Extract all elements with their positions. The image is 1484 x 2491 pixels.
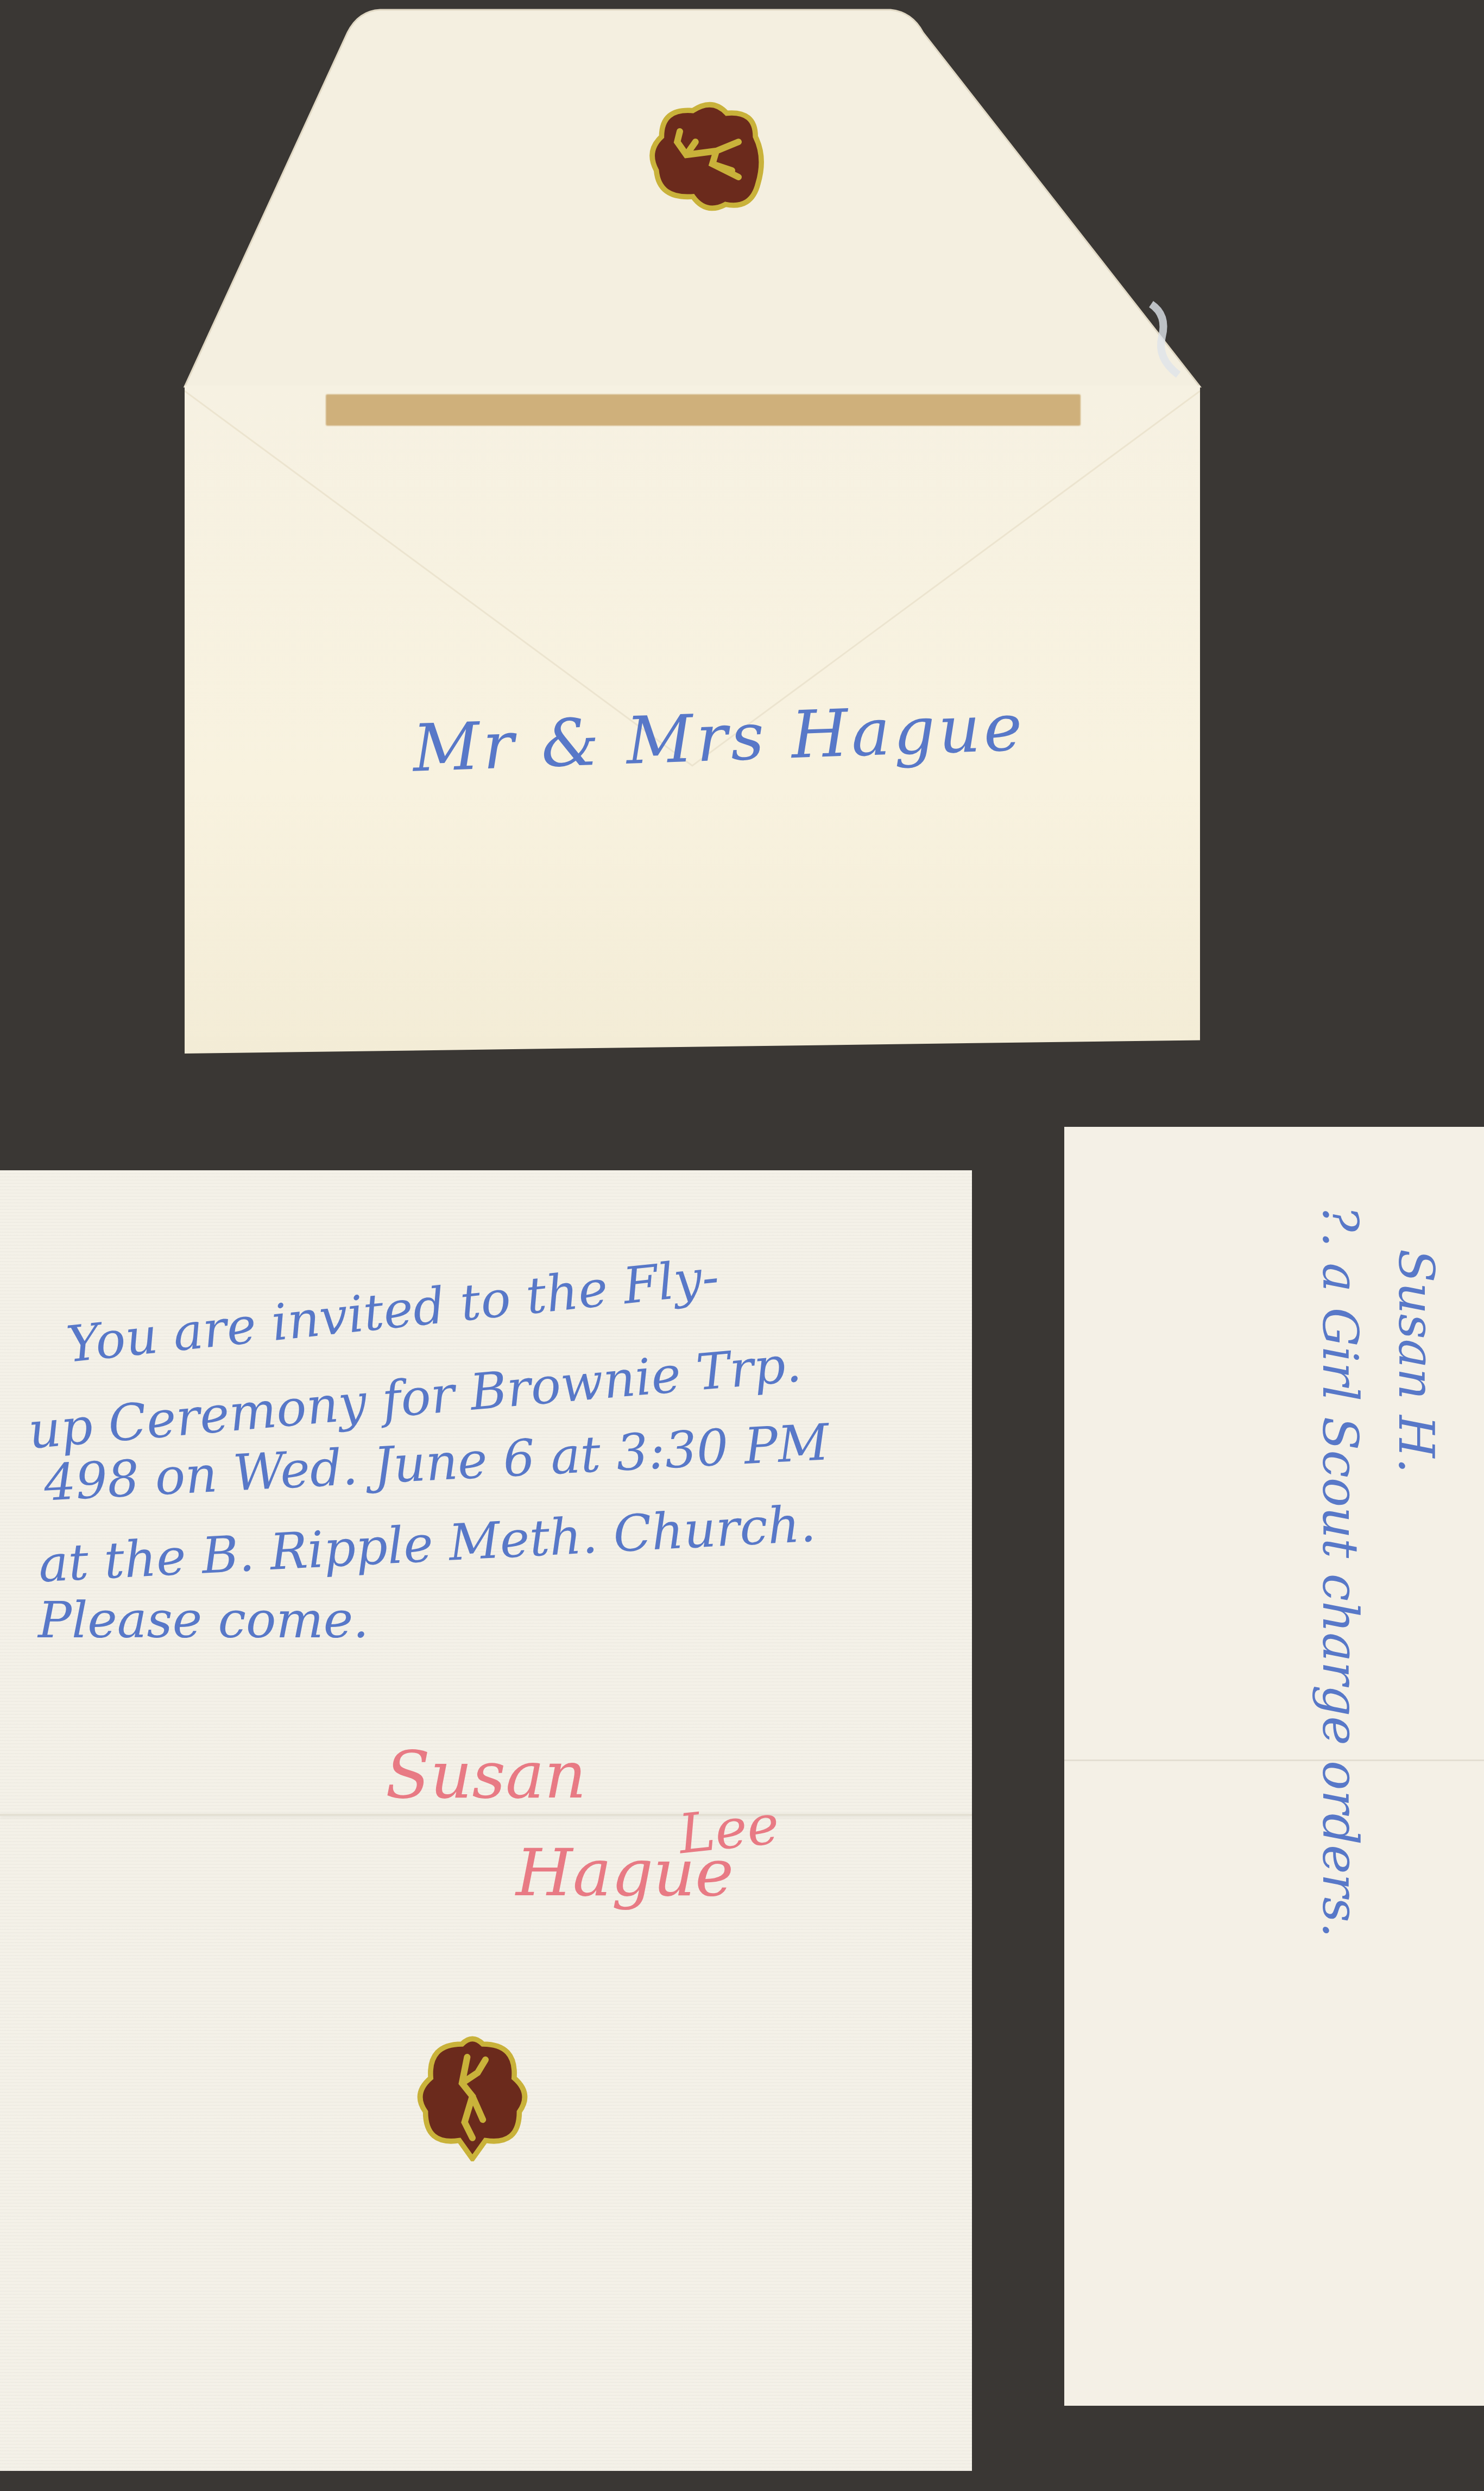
- slip-line-2: ?. a Girl Scout charge orders.: [1311, 1206, 1368, 1938]
- brownie-trefoil-emblem-icon: [641, 92, 771, 223]
- slip-fold-line: [1064, 1760, 1484, 1761]
- signature-last-name: Hague: [516, 1836, 734, 1911]
- signature-first-name: Susan: [386, 1738, 586, 1813]
- brownie-trefoil-emblem-icon: [407, 2031, 538, 2161]
- letter-line-5: Please come.: [38, 1591, 369, 1649]
- tape-strip: [326, 394, 1081, 426]
- letter-fold-line: [0, 1814, 972, 1816]
- slip-line-1: Susan H.: [1387, 1249, 1444, 1473]
